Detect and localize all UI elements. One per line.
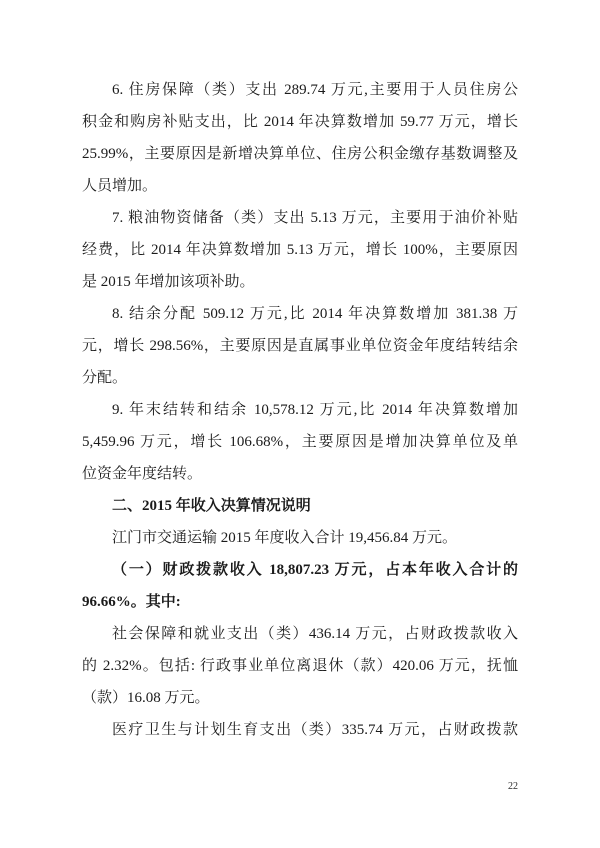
- doc-line: 积金和购房补贴支出，比 2014 年决算数增加 59.77 万元，增长: [82, 106, 518, 138]
- doc-line: 人员增加。: [82, 170, 518, 202]
- doc-line: 8. 结余分配 509.12 万元,比 2014 年决算数增加 381.38 万: [82, 298, 518, 330]
- doc-line: （款）16.08 万元。: [82, 682, 518, 714]
- doc-line-emphasis: 96.66%。其中:: [82, 586, 518, 618]
- doc-line: 元，增长 298.56%，主要原因是直属事业单位资金年度结转结余: [82, 330, 518, 362]
- section-heading: 二、2015 年收入决算情况说明: [82, 490, 518, 522]
- doc-line: 分配。: [82, 362, 518, 394]
- doc-line: 9. 年末结转和结余 10,578.12 万元,比 2014 年决算数增加: [82, 394, 518, 426]
- doc-line: 6. 住房保障（类）支出 289.74 万元,主要用于人员住房公: [82, 74, 518, 106]
- doc-line: 社会保障和就业支出（类）436.14 万元，占财政拨款收入: [82, 618, 518, 650]
- doc-line: 位资金年度结转。: [82, 458, 518, 490]
- document-page: 6. 住房保障（类）支出 289.74 万元,主要用于人员住房公 积金和购房补贴…: [0, 0, 600, 848]
- doc-line: 5,459.96 万元，增长 106.68%，主要原因是增加决算单位及单: [82, 426, 518, 458]
- doc-line: 经费，比 2014 年决算数增加 5.13 万元，增长 100%，主要原因: [82, 234, 518, 266]
- doc-line: 25.99%，主要原因是新增决算单位、住房公积金缴存基数调整及: [82, 138, 518, 170]
- page-number: 22: [508, 781, 518, 793]
- doc-line-emphasis: （一）财政拨款收入 18,807.23 万元，占本年收入合计的: [82, 554, 518, 586]
- doc-line: 7. 粮油物资储备（类）支出 5.13 万元，主要用于油价补贴: [82, 202, 518, 234]
- doc-line: 医疗卫生与计划生育支出（类）335.74 万元，占财政拨款: [82, 714, 518, 746]
- doc-line: 是 2015 年增加该项补助。: [82, 266, 518, 298]
- doc-line: 江门市交通运输 2015 年度收入合计 19,456.84 万元。: [82, 522, 518, 554]
- document-body: 6. 住房保障（类）支出 289.74 万元,主要用于人员住房公 积金和购房补贴…: [82, 74, 518, 746]
- doc-line: 的 2.32%。包括: 行政事业单位离退休（款）420.06 万元，抚恤: [82, 650, 518, 682]
